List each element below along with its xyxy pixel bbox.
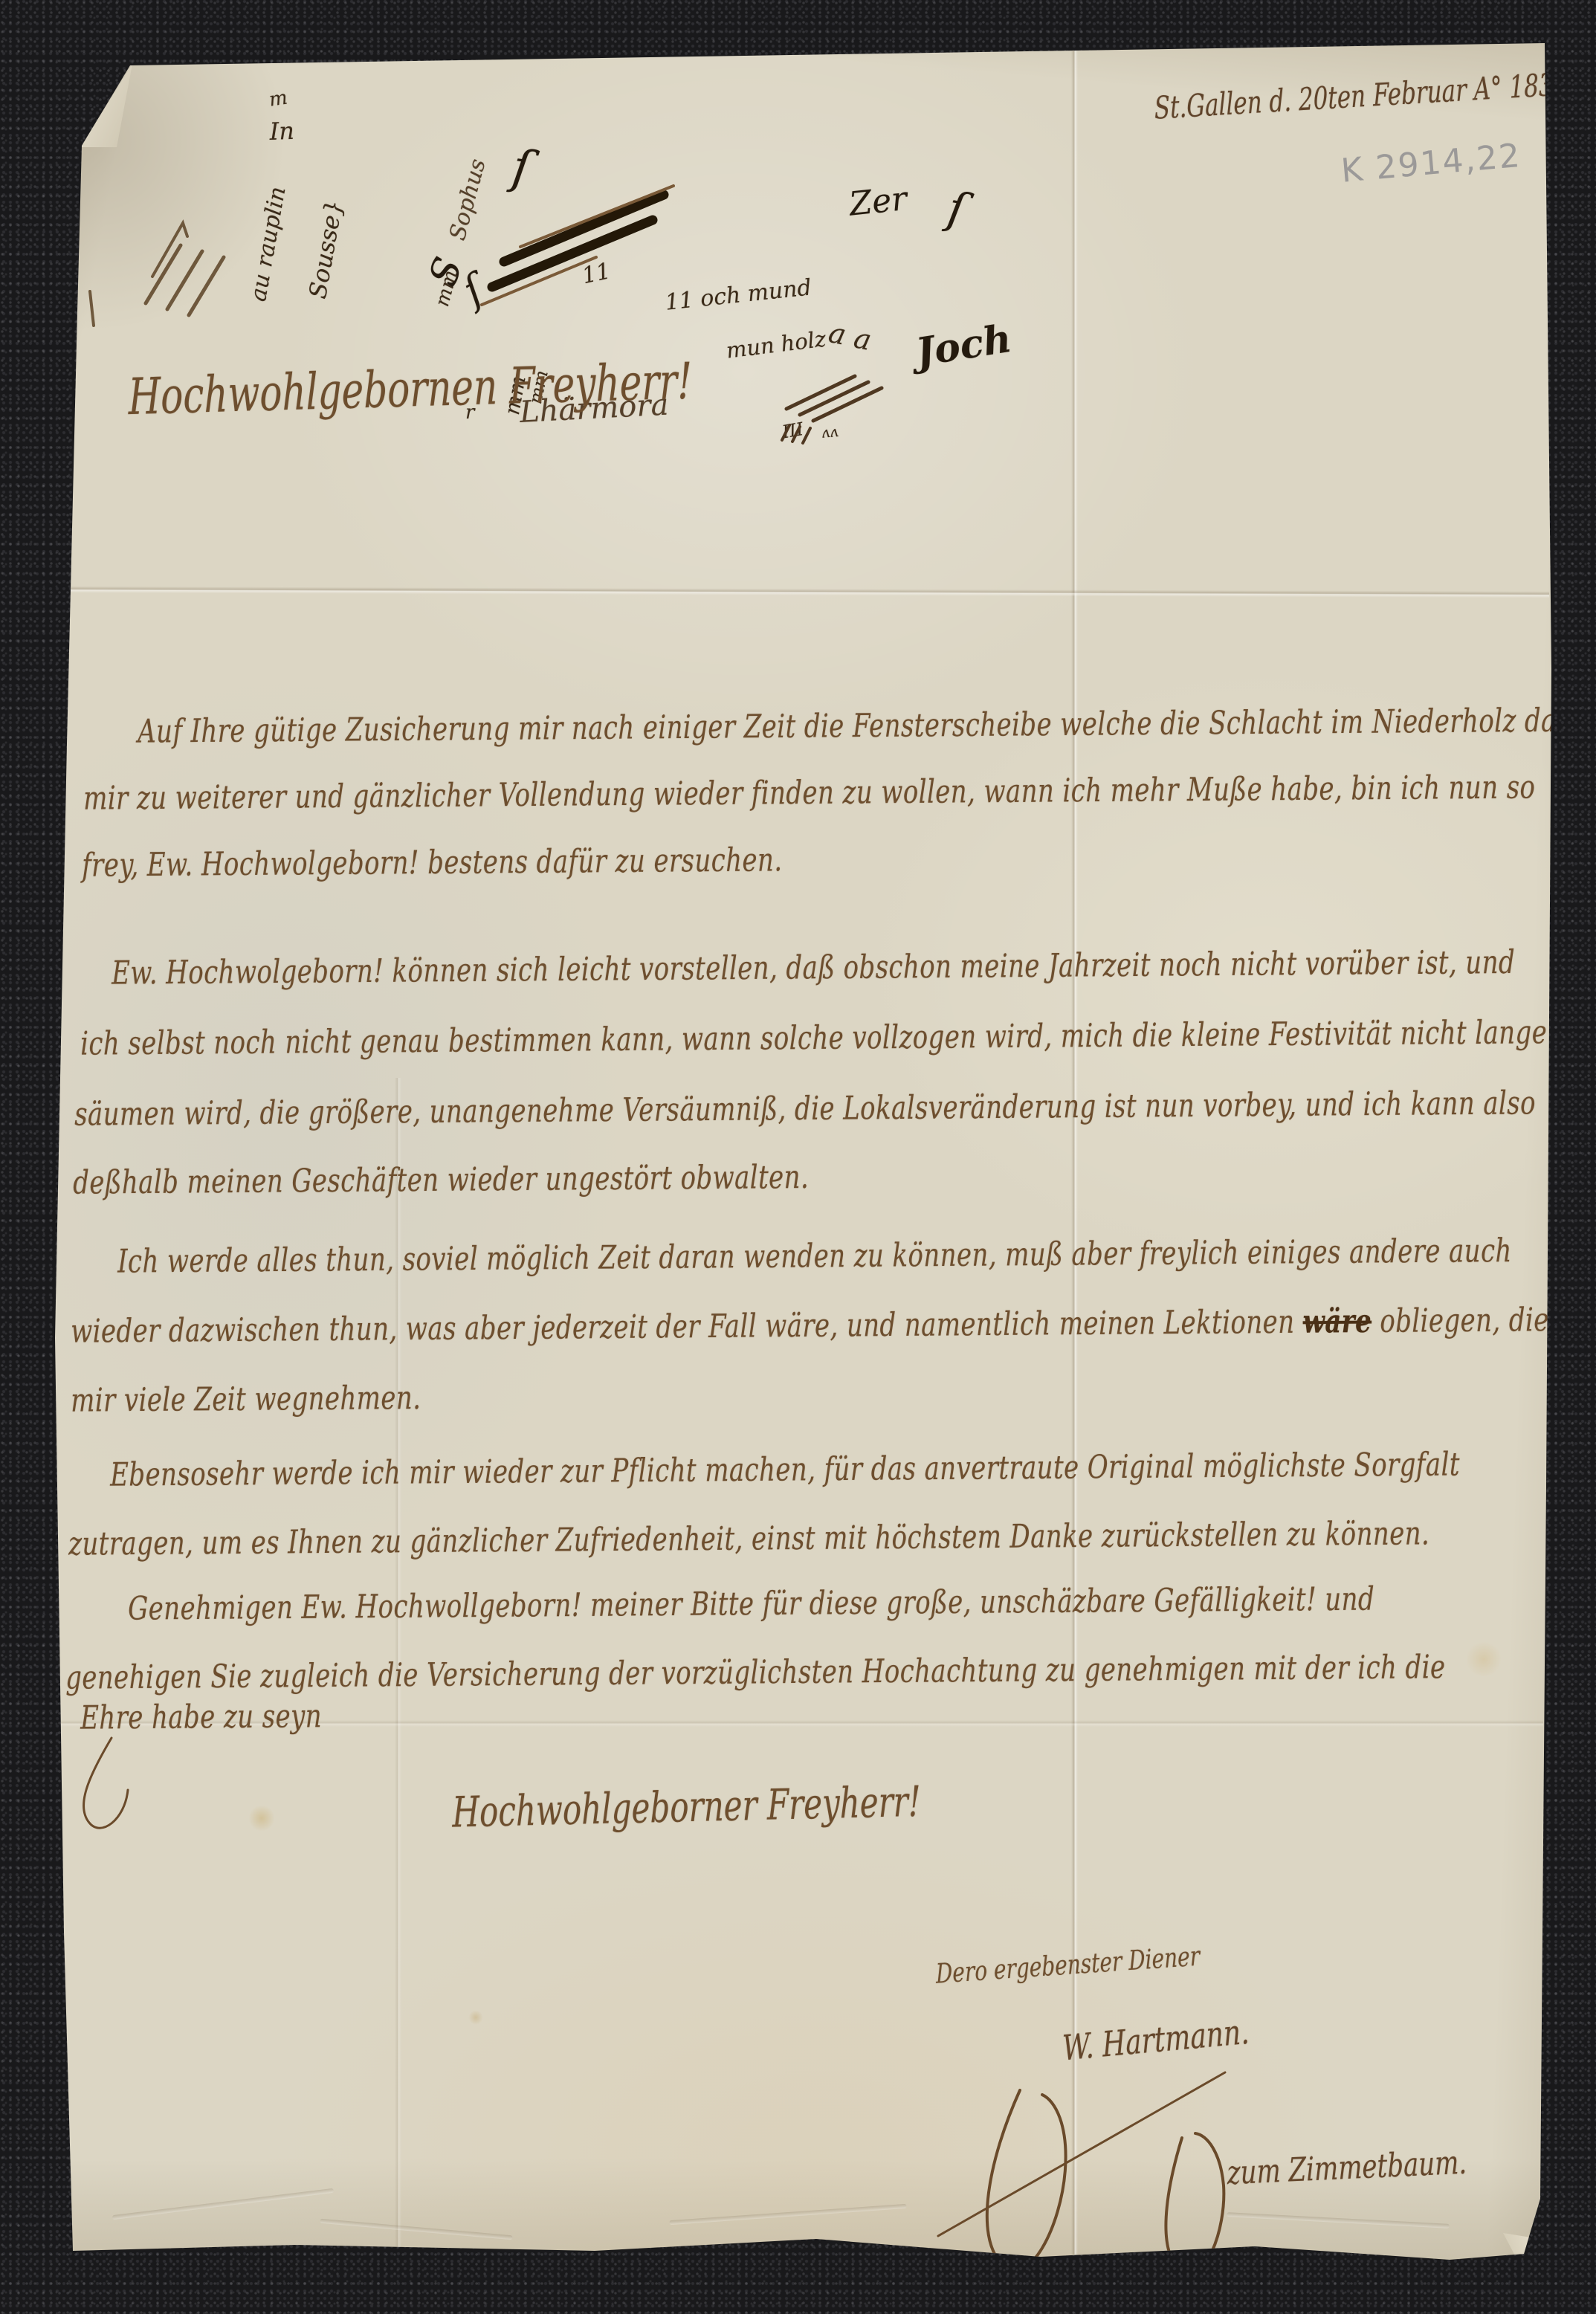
letter-line: frey, Ew. Hochwolgeborn! bestens dafür z…	[82, 841, 783, 885]
struck-word: wäre	[1303, 1302, 1372, 1341]
letter-line: mir viele Zeit wegnehmen.	[71, 1379, 421, 1420]
ink-strokes-layer	[0, 0, 1596, 2314]
letter-line: Ehre habe zu seyn	[80, 1697, 322, 1737]
pen-stroke-slashes	[782, 376, 882, 443]
photo-background: St.Gallen d. 20ten Februar A° 1833. K 29…	[0, 0, 1596, 2314]
pen-stroke-hatch	[90, 223, 224, 326]
pen-stroke-heavy	[482, 186, 673, 305]
ink-layer: St.Gallen d. 20ten Februar A° 1833. K 29…	[0, 0, 1596, 2314]
letter-line-text: obliegen, die	[1372, 1301, 1549, 1340]
letter-line: deßhalb meinen Geschäften wieder ungestö…	[73, 1158, 809, 1202]
